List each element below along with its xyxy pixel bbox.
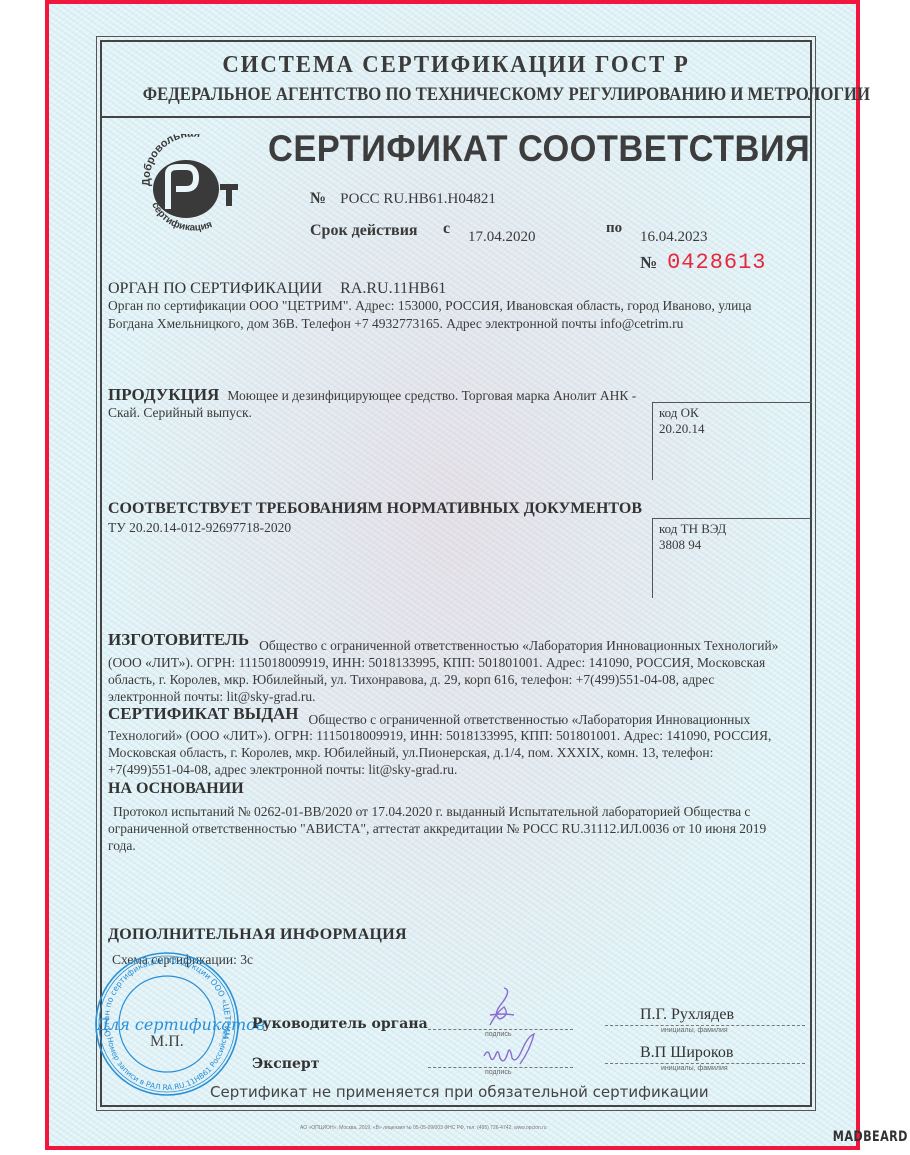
certificate-number: РОСС RU.НВ61.Н04821 [340, 191, 496, 207]
expert-label: Эксперт [252, 1056, 319, 1072]
blank-number: 0428613 [667, 250, 766, 275]
blank-number-row: № 0428613 [640, 250, 767, 275]
rst-logo-icon: Добровольная сертификация [138, 134, 248, 234]
valid-to-label: по [606, 220, 622, 237]
basis-line-3: года. [108, 837, 136, 855]
basis-line-1: Протокол испытаний № 0262-01-ВВ/2020 от … [113, 803, 750, 821]
expert-signature-caption: подпись [485, 1069, 511, 1076]
voluntary-note: Сертификат не применяется при обязательн… [210, 1083, 709, 1101]
expert-signature-icon [480, 1030, 550, 1070]
product-row: ПРОДУКЦИЯ Моющее и дезинфицирующее средс… [108, 385, 636, 405]
certification-body-heading-row: ОРГАН ПО СЕРТИФИКАЦИИ RA.RU.11НВ61 [108, 280, 446, 298]
okpd-code-label: код ОК [659, 405, 806, 421]
certification-body-code: RA.RU.11НВ61 [340, 280, 446, 297]
stamp-center-text: Для сертификатов [96, 1015, 265, 1034]
conformity-heading: СООТВЕТСТВУЕТ ТРЕБОВАНИЯМ НОРМАТИВНЫХ ДО… [108, 500, 642, 518]
issued-to-line-3: Московская область, г. Королев, мкр. Юби… [108, 744, 713, 762]
basis-heading: НА ОСНОВАНИИ [108, 780, 244, 798]
manufacturer-line-3: область, г. Королев, мкр. Юбилейный, ул.… [108, 671, 714, 689]
valid-to-date: 16.04.2023 [640, 229, 708, 246]
valid-from-label: с [443, 220, 450, 238]
conformity-document: ТУ 20.20.14-012-92697718-2020 [108, 519, 291, 537]
certificate-title: СЕРТИФИКАТ СООТВЕТСТВИЯ [268, 128, 810, 170]
product-line-1: Моющее и дезинфицирующее средство. Торго… [227, 388, 636, 403]
expert-name: В.П Широков [640, 1044, 733, 1062]
manufacturer-line-1: Общество с ограниченной ответственностью… [259, 638, 778, 653]
issued-to-line-1: Общество с ограниченной ответственностью… [309, 712, 751, 727]
tnved-code-label: код ТН ВЭД [659, 521, 806, 537]
blank-number-sign: № [640, 253, 657, 272]
certification-body-heading: ОРГАН ПО СЕРТИФИКАЦИИ [108, 280, 322, 297]
certificate-number-row: № РОСС RU.НВ61.Н04821 [310, 190, 496, 208]
head-name-line [605, 1025, 805, 1026]
agency-title: ФЕДЕРАЛЬНОЕ АГЕНТСТВО ПО ТЕХНИЧЕСКОМУ РЕ… [143, 84, 770, 106]
tnved-code-box: код ТН ВЭД 3808 94 [652, 518, 812, 598]
head-name-caption: инициалы, фамилия [661, 1027, 728, 1034]
basis-line-2: ограниченной ответственностью "АВИСТА", … [108, 820, 766, 838]
tnved-code-value: 3808 94 [659, 537, 806, 553]
number-sign: № [310, 190, 326, 207]
manufacturer-heading: ИЗГОТОВИТЕЛЬ [108, 630, 249, 649]
okpd-code-box: код ОК 20.20.14 [652, 402, 812, 480]
manufacturer-row: ИЗГОТОВИТЕЛЬ Общество с ограниченной отв… [108, 630, 778, 650]
product-line-2: Скай. Серийный выпуск. [108, 404, 252, 422]
valid-from-date: 17.04.2020 [468, 229, 536, 246]
head-signature-icon [482, 985, 522, 1030]
issued-to-heading: СЕРТИФИКАТ ВЫДАН [108, 704, 299, 723]
validity-label: Срок действия [310, 222, 418, 240]
additional-info-heading: ДОПОЛНИТЕЛЬНАЯ ИНФОРМАЦИЯ [108, 926, 407, 944]
system-title: СИСТЕМА СЕРТИФИКАЦИИ ГОСТ Р [118, 52, 794, 79]
head-label: Руководитель органа [252, 1016, 428, 1032]
issued-to-line-2: Технологий» (ООО «ЛИТ»). ОГРН: 111501800… [108, 727, 771, 745]
okpd-code-value: 20.20.14 [659, 421, 806, 437]
certification-body-line-1: Орган по сертификации ООО "ЦЕТРИМ". Адре… [108, 297, 752, 315]
issued-to-line-4: +7(499)551-04-08, адрес электронной почт… [108, 761, 457, 779]
printer-info: АО «ОПЦИОН», Москва, 2019, «В» лицензия … [300, 1125, 600, 1131]
head-name: П.Г. Рухлядев [640, 1006, 734, 1024]
product-heading: ПРОДУКЦИЯ [108, 385, 219, 404]
stamp-mp: М.П. [150, 1033, 184, 1051]
certification-body-line-2: Богдана Хмельницкого, дом 36В. Телефон +… [108, 315, 683, 333]
issued-to-row: СЕРТИФИКАТ ВЫДАН Общество с ограниченной… [108, 704, 750, 724]
expert-name-caption: инициалы, фамилия [661, 1065, 728, 1072]
expert-name-line [605, 1063, 805, 1064]
manufacturer-line-2: (ООО «ЛИТ»). ОГРН: 1115018009919, ИНН: 5… [108, 654, 765, 672]
header-divider [100, 116, 812, 118]
watermark: MADBEARD [833, 1129, 908, 1145]
